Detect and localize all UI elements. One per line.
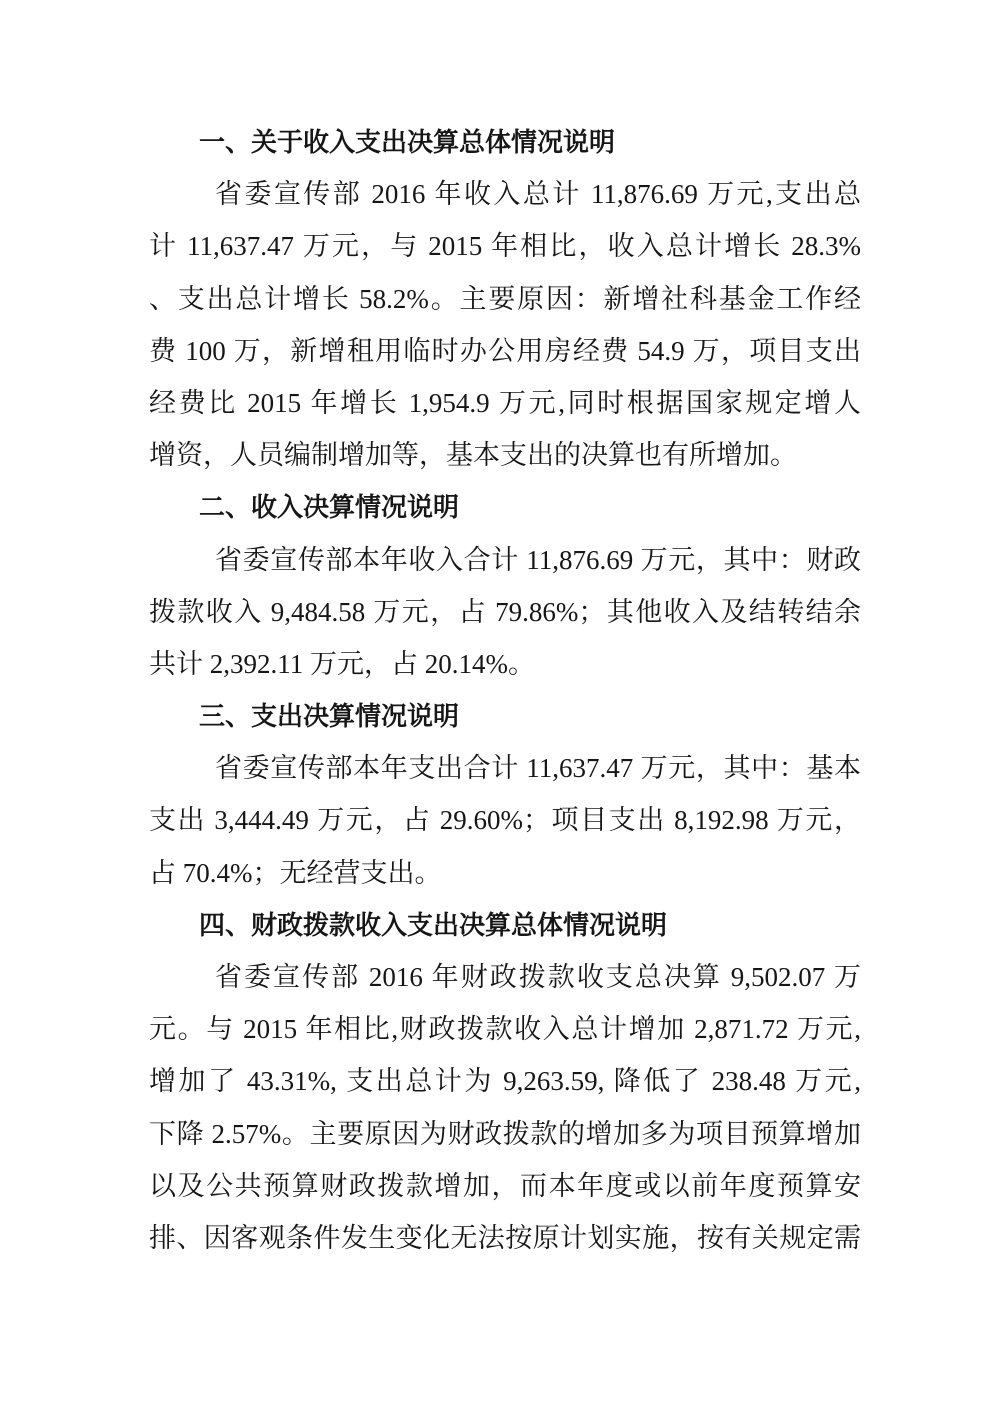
section-1-heading: 一、关于收入支出决算总体情况说明: [149, 116, 861, 168]
section-4-line-5: 以及公共预算财政拨款增加，而本年度或以前年度预算安: [149, 1160, 861, 1212]
section-4-line-3: 增加了 43.31%, 支出总计为 9,263.59, 降低了 238.48 万…: [149, 1055, 861, 1107]
section-2-line-3: 共计 2,392.11 万元，占 20.14%。: [149, 638, 861, 690]
section-3-line-3: 占 70.4%；无经营支出。: [149, 847, 861, 899]
section-4-line-6: 排、因客观条件发生变化无法按原计划实施，按有关规定需: [149, 1212, 861, 1264]
section-3-heading: 三、支出决算情况说明: [149, 690, 861, 742]
section-3-line-2: 支出 3,444.49 万元，占 29.60%；项目支出 8,192.98 万元…: [149, 794, 861, 846]
document-page: 一、关于收入支出决算总体情况说明 省委宣传部 2016 年收入总计 11,876…: [0, 0, 1000, 1413]
section-1-line-2: 计 11,637.47 万元，与 2015 年相比，收入总计增长 28.3%: [149, 220, 861, 272]
section-4-line-2: 元。与 2015 年相比,财政拨款收入总计增加 2,871.72 万元,: [149, 1003, 861, 1055]
section-3-line-1: 省委宣传部本年支出合计 11,637.47 万元，其中：基本: [149, 742, 861, 794]
section-4-line-1: 省委宣传部 2016 年财政拨款收支总决算 9,502.07 万: [149, 951, 861, 1003]
section-2-line-1: 省委宣传部本年收入合计 11,876.69 万元，其中：财政: [149, 534, 861, 586]
section-4-heading: 四、财政拨款收入支出决算总体情况说明: [149, 899, 861, 951]
section-2-heading: 二、收入决算情况说明: [149, 481, 861, 533]
section-1-line-4: 费 100 万，新增租用临时办公用房经费 54.9 万，项目支出: [149, 325, 861, 377]
section-4-line-4: 下降 2.57%。主要原因为财政拨款的增加多为项目预算增加: [149, 1108, 861, 1160]
section-1-line-3: 、支出总计增长 58.2%。主要原因：新增社科基金工作经: [149, 273, 861, 325]
section-1-line-6: 增资，人员编制增加等，基本支出的决算也有所增加。: [149, 429, 861, 481]
section-2-line-2: 拨款收入 9,484.58 万元，占 79.86%；其他收入及结转结余: [149, 586, 861, 638]
section-1-line-1: 省委宣传部 2016 年收入总计 11,876.69 万元,支出总: [149, 168, 861, 220]
document-body: 一、关于收入支出决算总体情况说明 省委宣传部 2016 年收入总计 11,876…: [149, 116, 861, 1264]
section-1-line-5: 经费比 2015 年增长 1,954.9 万元,同时根据国家规定增人: [149, 377, 861, 429]
